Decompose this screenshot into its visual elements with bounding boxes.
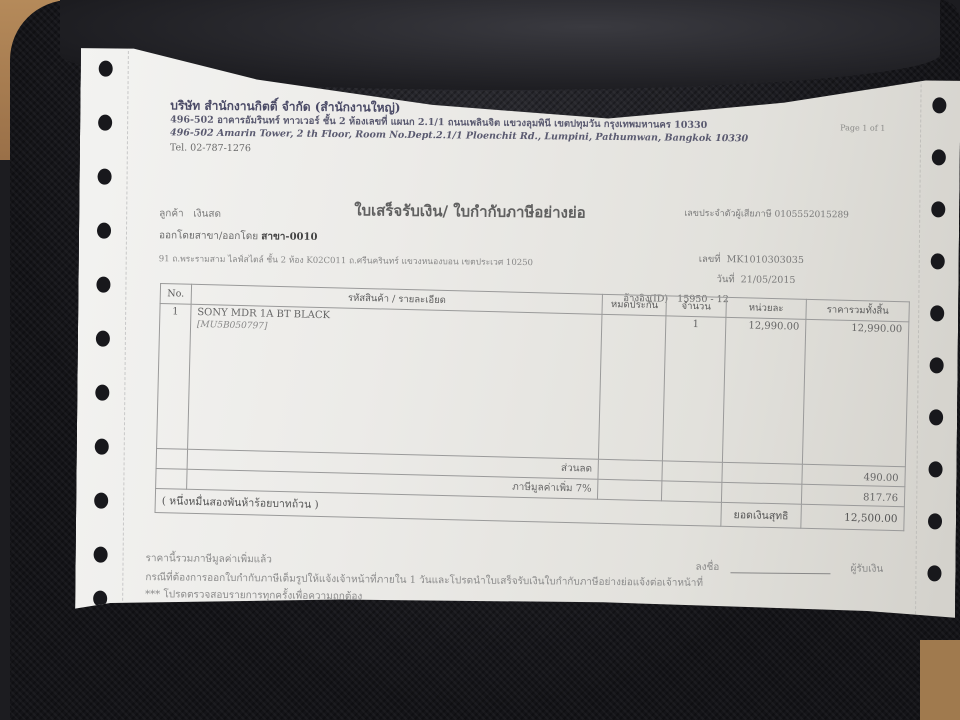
header-unit-price: หน่วยละ xyxy=(726,297,807,319)
doc-no-value: MK1010303035 xyxy=(727,254,804,266)
doc-no-label: เลขที่ xyxy=(699,254,721,265)
sprocket-hole xyxy=(94,493,108,509)
sprocket-hole xyxy=(931,253,945,269)
row-description: SONY MDR 1A BT BLACK [MU5B050797] xyxy=(187,304,602,459)
tractor-strip-right xyxy=(915,39,960,629)
row-no: 1 xyxy=(157,304,191,450)
branch-address: 91 ถ.พระรามสาม ไลฟ์สไตล์ ชั้น 2 ห้อง K02… xyxy=(159,251,533,269)
tax-id: เลขประจำตัวผู้เสียภาษี 0105552015289 xyxy=(684,206,849,222)
issued-by-label: ออกโดยสาขา/ออกโดย xyxy=(159,230,258,242)
document-date: วันที่ 21/05/2015 xyxy=(716,272,795,288)
items-table: No. รหัสสินค้า / รายละเอียด หมดประกัน จำ… xyxy=(154,283,909,531)
row-amount: 12,990.00 xyxy=(802,319,908,466)
sprocket-hole xyxy=(928,513,942,529)
sprocket-hole xyxy=(932,97,946,113)
sprocket-hole xyxy=(99,61,113,77)
customer-value: เงินสด xyxy=(193,209,221,220)
sprocket-hole xyxy=(94,547,108,563)
sprocket-hole xyxy=(927,565,941,581)
item-name: SONY MDR 1A BT BLACK xyxy=(197,307,330,321)
net-total-value: 12,500.00 xyxy=(801,504,904,531)
customer-label: ลูกค้า xyxy=(159,208,184,219)
sprocket-hole xyxy=(95,439,109,455)
sprocket-hole xyxy=(932,149,946,165)
page-indicator: Page 1 of 1 xyxy=(840,123,885,132)
signature-label: ลงชื่อ xyxy=(695,560,719,575)
document-title: ใบเสร็จรับเงิน/ ใบกำกับภาษีอย่างย่อ xyxy=(354,198,586,224)
branch-code: สาขา-0010 xyxy=(261,231,317,243)
date-value: 21/05/2015 xyxy=(741,274,796,286)
wooden-surface-corner xyxy=(920,640,960,720)
sprocket-hole xyxy=(930,357,944,373)
sprocket-hole xyxy=(930,305,944,321)
header-quantity: จำนวน xyxy=(666,296,726,317)
item-sku: [MU5B050797] xyxy=(197,320,596,340)
receiver-label: ผู้รับเงิน xyxy=(850,561,883,576)
date-label: วันที่ xyxy=(716,274,734,285)
receipt-paper: บริษัท สำนักงานกิตติ์ จำกัด (สำนักงานใหญ… xyxy=(75,30,960,629)
sprocket-hole xyxy=(931,201,945,217)
discount-value: 490.00 xyxy=(802,464,905,487)
row-warranty xyxy=(599,314,666,461)
vat-included-note: ราคานี้รวมภาษีมูลค่าเพิ่มแล้ว xyxy=(146,551,272,567)
customer: ลูกค้า เงินสด xyxy=(159,206,221,222)
sprocket-hole xyxy=(928,461,942,477)
sprocket-hole xyxy=(97,169,111,185)
sprocket-hole xyxy=(929,409,943,425)
sprocket-hole xyxy=(95,385,109,401)
document-number: เลขที่ MK1010303035 xyxy=(699,252,804,268)
sprocket-hole xyxy=(98,115,112,131)
row-quantity: 1 xyxy=(663,316,726,462)
sprocket-hole xyxy=(96,331,110,347)
vat-value: 817.76 xyxy=(801,484,904,507)
signature-line xyxy=(730,572,830,574)
table-row: 1 SONY MDR 1A BT BLACK [MU5B050797] 1 12… xyxy=(157,304,909,467)
sprocket-hole xyxy=(97,223,111,239)
tax-id-value: 0105552015289 xyxy=(774,210,849,221)
tax-id-label: เลขประจำตัวผู้เสียภาษี xyxy=(684,209,771,220)
company-phone: Tel. 02-787-1276 xyxy=(170,142,251,154)
net-total-label: ยอดเงินสุทธิ xyxy=(721,502,802,528)
sprocket-hole xyxy=(96,277,110,293)
header-no: No. xyxy=(160,284,191,305)
issued-by: ออกโดยสาขา/ออกโดย สาขา-0010 xyxy=(159,228,318,245)
header-amount: ราคารวมทั้งสิ้น xyxy=(806,299,909,322)
row-unit-price: 12,990.00 xyxy=(722,317,806,464)
header-warranty: หมดประกัน xyxy=(602,294,666,316)
